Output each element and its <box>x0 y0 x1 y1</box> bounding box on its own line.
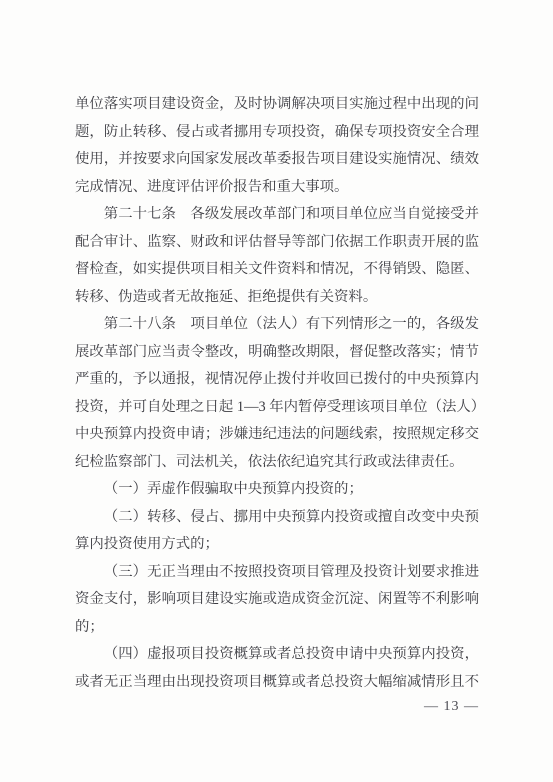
text-line: 中央预算内投资申请；涉嫌违纪违法的问题线索，按照规定移交 <box>75 421 479 449</box>
text-line: 单位落实项目建设资金，及时协调解决项目实施过程中出现的问 <box>75 91 479 119</box>
text-line: 投资，并可自处理之日起 1—3 年内暂停受理该项目单位（法人） <box>75 394 479 422</box>
page-number: — 13 — <box>75 697 479 717</box>
paragraph-item-4: （四）虚报项目投资概算或者总投资申请中央预算内投资，或者无正当理由出现投资项目概… <box>75 641 479 696</box>
text-line: 督检查，如实提供项目相关文件资料和情况，不得销毁、隐匿、 <box>75 256 479 284</box>
paragraph-item-2: （二）转移、侵占、挪用中央预算内投资或擅自改变中央预算内投资使用方式的； <box>75 504 479 559</box>
text-line: 算内投资使用方式的； <box>75 531 479 559</box>
text-line: 严重的，予以通报，视情况停止拨付并收回已拨付的中央预算内 <box>75 366 479 394</box>
text-line: （一）弄虚作假骗取中央预算内投资的； <box>75 476 479 504</box>
text-line: 或者无正当理由出现投资项目概算或者总投资大幅缩减情形且不 <box>75 669 479 697</box>
text-line: 第二十八条 项目单位（法人）有下列情形之一的，各级发 <box>75 311 479 339</box>
paragraph-item-3: （三）无正当理由不按照投资项目管理及投资计划要求推进资金支付，影响项目建设实施或… <box>75 559 479 642</box>
text-line: 转移、伪造或者无故拖延、拒绝提供有关资料。 <box>75 284 479 312</box>
text-line: 题，防止转移、侵占或者挪用专项投资，确保专项投资安全合理 <box>75 119 479 147</box>
text-line: 的； <box>75 614 479 642</box>
text-line: 使用，并按要求向国家发展改革委报告项目建设实施情况、绩效 <box>75 146 479 174</box>
text-line: （二）转移、侵占、挪用中央预算内投资或擅自改变中央预 <box>75 504 479 532</box>
text-line: （四）虚报项目投资概算或者总投资申请中央预算内投资， <box>75 641 479 669</box>
text-line: （三）无正当理由不按照投资项目管理及投资计划要求推进 <box>75 559 479 587</box>
paragraph-article-27: 第二十七条 各级发展改革部门和项目单位应当自觉接受并配合审计、监察、财政和评估督… <box>75 201 479 311</box>
paragraph-article-28: 第二十八条 项目单位（法人）有下列情形之一的，各级发展改革部门应当责令整改，明确… <box>75 311 479 476</box>
paragraph-item-1: （一）弄虚作假骗取中央预算内投资的； <box>75 476 479 504</box>
text-line: 完成情况、进度评估评价报告和重大事项。 <box>75 174 479 202</box>
document-page: 单位落实项目建设资金，及时协调解决项目实施过程中出现的问题，防止转移、侵占或者挪… <box>0 0 553 782</box>
text-line: 第二十七条 各级发展改革部门和项目单位应当自觉接受并 <box>75 201 479 229</box>
text-line: 纪检监察部门、司法机关，依法依纪追究其行政或法律责任。 <box>75 449 479 477</box>
text-line: 配合审计、监察、财政和评估督导等部门依据工作职责开展的监 <box>75 229 479 257</box>
text-line: 展改革部门应当责令整改，明确整改期限，督促整改落实；情节 <box>75 339 479 367</box>
document-body: 单位落实项目建设资金，及时协调解决项目实施过程中出现的问题，防止转移、侵占或者挪… <box>75 91 479 696</box>
paragraph-para-continued-from-previous-page: 单位落实项目建设资金，及时协调解决项目实施过程中出现的问题，防止转移、侵占或者挪… <box>75 91 479 201</box>
text-line: 资金支付，影响项目建设实施或造成资金沉淀、闲置等不利影响 <box>75 586 479 614</box>
